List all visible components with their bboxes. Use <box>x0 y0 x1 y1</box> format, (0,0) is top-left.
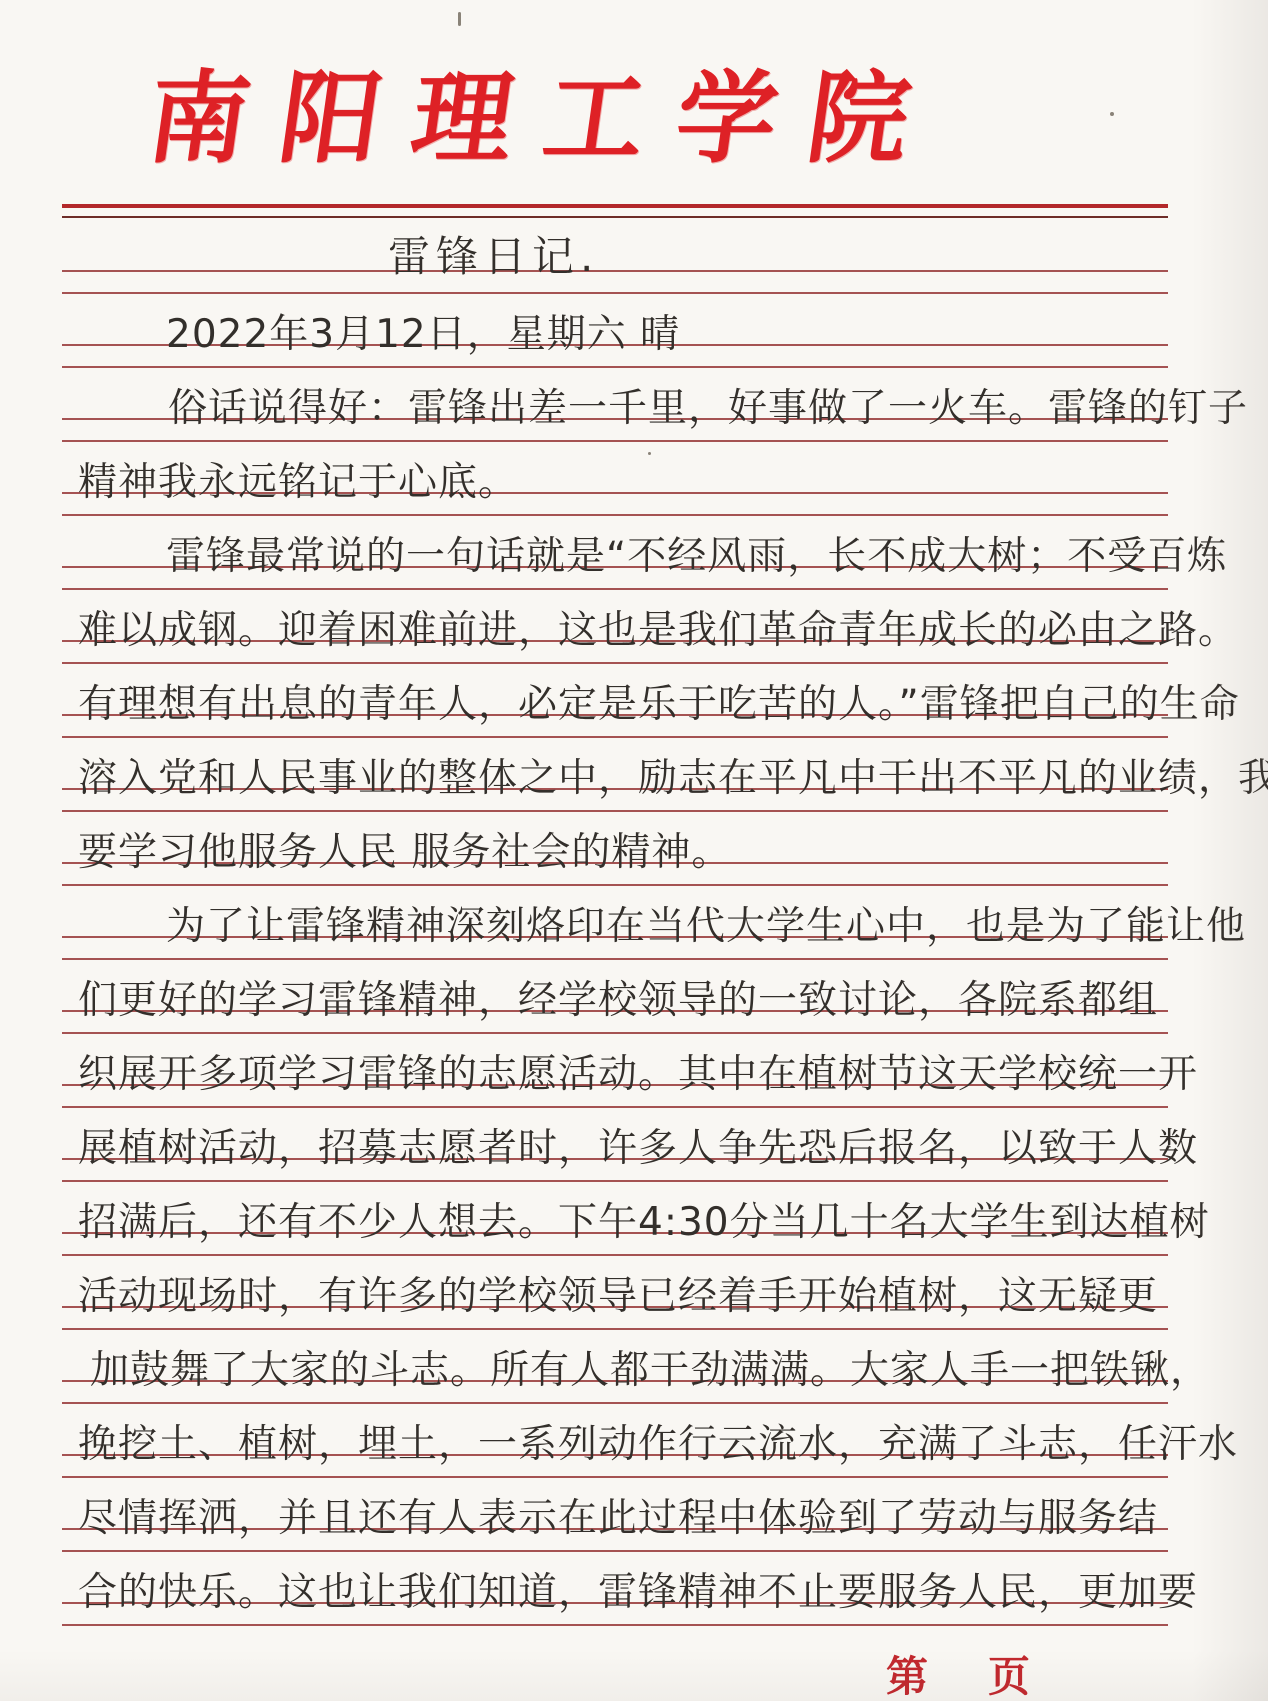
handwritten-line: 合的快乐。这也让我们知道，雷锋精神不止要服务人民，更加要 <box>78 1570 1198 1616</box>
handwritten-line: 们更好的学习雷锋精神，经学校领导的一致讨论，各院系都组 <box>78 978 1198 1024</box>
scan-speck <box>648 452 651 455</box>
handwritten-line: 挽挖土、植树，埋土，一系列动作行云流水，充满了斗志，任汗水 <box>78 1422 1198 1468</box>
letterhead-double-rule <box>62 204 1168 218</box>
scan-speck <box>458 12 461 26</box>
handwritten-line: 要学习他服务人民 服务社会的精神。 <box>78 830 1198 876</box>
document-title: 雷锋日记. <box>388 224 599 284</box>
handwritten-line: 招满后，还有不少人想去。下午4:30分当几十名大学生到达植树 <box>78 1200 1198 1246</box>
handwritten-line: 精神我永远铭记于心底。 <box>78 460 1198 506</box>
handwritten-line: 加鼓舞了大家的斗志。所有人都干劲满满。大家人手一把铁锹， <box>78 1348 1210 1394</box>
handwritten-line: 难以成钢。迎着困难前进，这也是我们革命青年成长的必由之路。 <box>78 608 1198 654</box>
footer-page-prefix: 第 <box>886 1644 928 1701</box>
handwritten-line: 2022年3月12日，星期六 晴 <box>78 312 1268 358</box>
letterhead-institution-title: 南阳理工学院 <box>140 38 952 182</box>
handwritten-line: 雷锋最常说的一句话就是“不经风雨，长不成大树；不受百炼 <box>78 534 1268 580</box>
footer-page-suffix: 页 <box>988 1644 1030 1701</box>
handwritten-line: 俗话说得好：雷锋出差一千里，好事做了一火车。雷锋的钉子 <box>78 386 1268 432</box>
handwritten-line: 展植树活动，招募志愿者时，许多人争先恐后报名，以致于人数 <box>78 1126 1198 1172</box>
handwritten-line: 为了让雷锋精神深刻烙印在当代大学生心中，也是为了能让他 <box>78 904 1268 950</box>
scan-speck <box>1110 112 1114 116</box>
handwritten-line: 织展开多项学习雷锋的志愿活动。其中在植树节这天学校统一开 <box>78 1052 1198 1098</box>
stationery-page: 南阳理工学院 雷锋日记. 2022年3月12日，星期六 晴俗话说得好：雷锋出差一… <box>0 0 1268 1701</box>
handwritten-line: 尽情挥洒，并且还有人表示在此过程中体验到了劳动与服务结 <box>78 1496 1198 1542</box>
page-footer: 第 页 <box>886 1644 1030 1701</box>
handwritten-line: 活动现场时，有许多的学校领导已经着手开始植树，这无疑更 <box>78 1274 1198 1320</box>
handwritten-line: 有理想有出息的青年人，必定是乐于吃苦的人。”雷锋把自己的生命 <box>78 682 1198 728</box>
handwritten-line: 溶入党和人民事业的整体之中，励志在平凡中干出不平凡的业绩，我们 <box>78 756 1198 802</box>
